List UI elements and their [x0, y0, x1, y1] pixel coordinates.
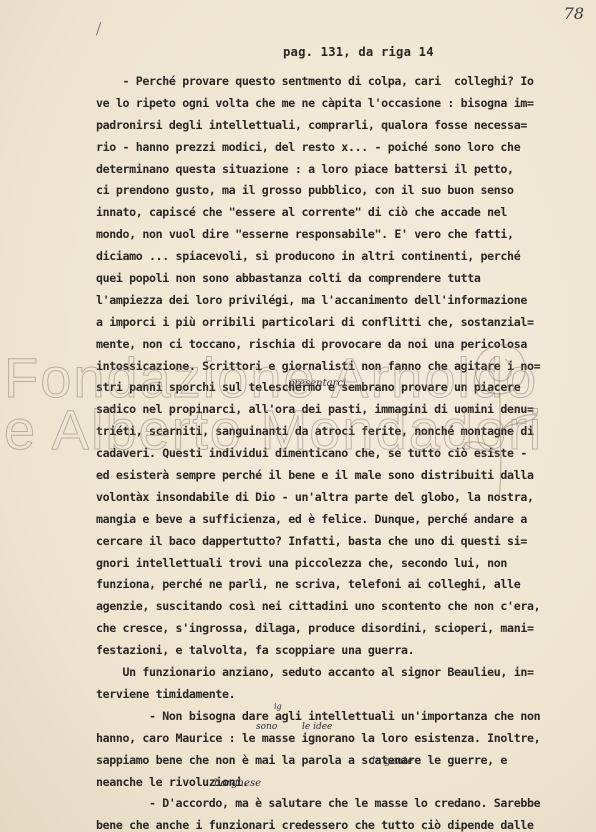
text-line: innato, capiscé che "essere al corrente"… — [96, 202, 586, 224]
text-line: a imporci i più orribili particolari di … — [96, 312, 586, 334]
text-line: ve lo ripeto ogni volta che me ne càpita… — [96, 93, 586, 115]
text-line: festazioni, e talvolta, fa scoppiare una… — [96, 640, 586, 662]
text-line: ed esisterà sempre perché il bene e il m… — [96, 465, 586, 487]
text-line: sappiamo bene che non è mai la parola a … — [96, 750, 586, 772]
document-page: 78 pag. 131, da riga 14 - Perché provare… — [0, 0, 596, 832]
text-line: cadaveri. Questi individui dimenticano c… — [96, 443, 586, 465]
text-line: agenzie, suscitando così nei cittadini u… — [96, 596, 586, 618]
text-line: cercare il baco dappertutto? Infatti, ba… — [96, 531, 586, 553]
page-number: 78 — [564, 4, 584, 23]
handwritten-annotation: presentarci — [288, 378, 346, 389]
text-line: intossicazione. Scrittori e giornalisti … — [96, 356, 586, 378]
text-line: terviene timidamente. — [96, 684, 586, 706]
handwritten-annotation: ig — [274, 702, 282, 711]
text-line: mondo, non vuol dire "esserne responsabi… — [96, 224, 586, 246]
typewritten-body: - Perché provare questo sentmento di col… — [96, 71, 586, 832]
margin-mark — [96, 22, 103, 36]
handwritten-annotation: le idee — [302, 722, 332, 732]
text-line: funziona, perché ne parli, ne scriva, te… — [96, 574, 586, 596]
text-line: rio - hanno prezzi modici, del resto x..… — [96, 137, 586, 159]
text-line: - D'accordo, ma è salutare che le masse … — [96, 793, 586, 815]
text-line: - Non bisogna dare agli intellettuali un… — [96, 706, 586, 728]
handwritten-annotation: borghese — [214, 778, 261, 789]
text-line: bene che anche i funzionari credessero c… — [96, 815, 586, 832]
text-line: gnori intellettuali trovi una piccolezza… — [96, 553, 586, 575]
text-line: mangia e beve a sufficienza, ed è felice… — [96, 509, 586, 531]
text-line: - Perché provare questo sentmento di col… — [96, 71, 586, 93]
text-line: diciamo ... spiacevoli, si producono in … — [96, 246, 586, 268]
text-line: neanche le rivoluzioni. — [96, 772, 586, 794]
text-line: che cresce, s'ingrossa, dilaga, produce … — [96, 618, 586, 640]
handwritten-annotation: sono — [256, 722, 277, 732]
text-line: triéti, scarniti, sanguinanti da atroci … — [96, 421, 586, 443]
text-line: determinano questa situazione : a loro p… — [96, 159, 586, 181]
text-line: ci prendono gusto, ma il grosso pubblico… — [96, 180, 586, 202]
text-line: quei popoli non sono abbastanza colti da… — [96, 268, 586, 290]
page-heading: pag. 131, da riga 14 — [283, 45, 434, 59]
handwritten-annotation: la gente — [372, 756, 413, 767]
text-line: l'ampiezza dei loro privilégi, ma l'acca… — [96, 290, 586, 312]
text-line: sadico nel propinarci, all'ora dei pasti… — [96, 399, 586, 421]
text-line: padronirsi degli intellettuali, comprarl… — [96, 115, 586, 137]
text-line: volontàx insondabile di Dio - un'altra p… — [96, 487, 586, 509]
text-line: mente, non ci toccano, rischia di provoc… — [96, 334, 586, 356]
text-line: Un funzionario anziano, seduto accanto a… — [96, 662, 586, 684]
text-line: hanno, caro Maurice : le masse ignorano … — [96, 728, 586, 750]
